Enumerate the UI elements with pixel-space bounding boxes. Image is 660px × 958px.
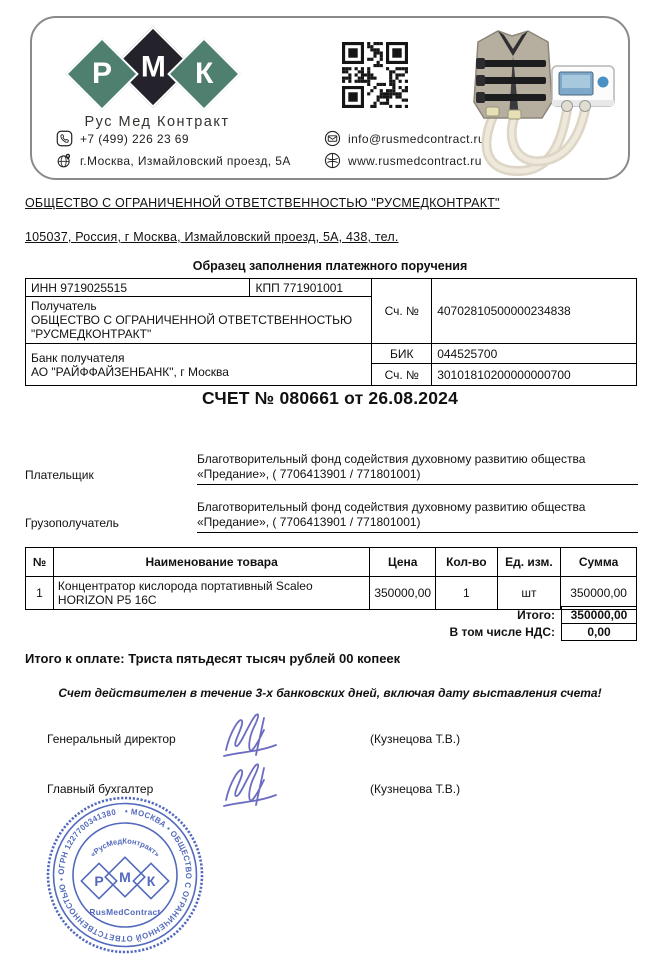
bank-details-table: ИНН 9719025515 КПП 771901001 Сч. № 40702… xyxy=(25,278,637,386)
items-table: № Наименование товара Цена Кол-во Ед. из… xyxy=(25,547,637,610)
recipient-cell: Получатель ОБЩЕСТВО С ОГРАНИЧЕННОЙ ОТВЕТ… xyxy=(26,297,372,344)
consignee-label: Грузополучатель xyxy=(25,516,197,533)
logo-letter: К xyxy=(195,59,213,89)
kpp-cell: КПП 771901001 xyxy=(250,279,372,297)
logo-subtitle: Рус Мед Контракт xyxy=(62,114,252,130)
letterhead-card: М Р К Рус Мед Контракт +7 (499) 226 23 6… xyxy=(30,16,630,180)
table-row: ИНН 9719025515 КПП 771901001 Сч. № 40702… xyxy=(26,279,637,297)
stamp-inner-top-text: «РусМедКонтракт» xyxy=(88,836,161,858)
item-name: Концентратор кислорода портативный Scale… xyxy=(53,577,369,610)
bank-cell: Банк получателя АО "РАЙФФАЙЗЕНБАНК", г М… xyxy=(26,344,372,386)
director-name: (Кузнецова Т.В.) xyxy=(370,732,460,746)
payer-label: Плательщик xyxy=(25,468,197,485)
rmk-logo: М Р К xyxy=(74,30,234,110)
col-header-sum: Сумма xyxy=(561,548,637,577)
oxygen-vest-device-image xyxy=(436,22,622,178)
invoice-title: СЧЕТ № 080661 от 26.08.2024 xyxy=(0,388,660,409)
stamp-letter: Р xyxy=(94,873,103,889)
items-header-row: № Наименование товара Цена Кол-во Ед. из… xyxy=(26,548,637,577)
invoice-document: М Р К Рус Мед Контракт +7 (499) 226 23 6… xyxy=(0,0,660,958)
bank-label: Банк получателя xyxy=(31,351,366,365)
bik-value-cell: 044525700 xyxy=(432,344,637,364)
stamp-image: • МОСКВА • ОБЩЕСТВО С ОГРАНИЧЕННОЙ ОТВЕТ… xyxy=(44,794,206,956)
item-price: 350000,00 xyxy=(370,577,436,610)
vat-value: 0,00 xyxy=(561,623,637,641)
col-header-unit: Ед. изм. xyxy=(497,548,561,577)
account-number-cell: 40702810500000234838 xyxy=(432,279,637,344)
col-header-price: Цена xyxy=(370,548,436,577)
table-row: Банк получателя АО "РАЙФФАЙЗЕНБАНК", г М… xyxy=(26,344,637,364)
svg-text:«РусМедКонтракт»: «РусМедКонтракт» xyxy=(88,836,161,858)
item-qty: 1 xyxy=(436,577,498,610)
bik-label-cell: БИК xyxy=(372,344,432,364)
item-unit: шт xyxy=(497,577,561,610)
corr-value-cell: 30101810200000000700 xyxy=(432,364,637,386)
address-text: г.Москва, Измайловский проезд, 5А xyxy=(80,154,291,168)
total-row: Итого: 350000,00 xyxy=(517,606,637,624)
vat-row: В том числе НДС: 0,00 xyxy=(450,623,637,641)
location-icon xyxy=(56,152,73,169)
payer-value: Благотворительный фонд содействия духовн… xyxy=(197,452,638,485)
company-address: 105037, Россия, г Москва, Измайловский п… xyxy=(25,230,399,244)
recipient-name: ОБЩЕСТВО С ОГРАНИЧЕННОЙ ОТВЕТСТВЕННОСТЬЮ… xyxy=(31,313,366,341)
total-value: 350000,00 xyxy=(561,606,637,624)
globe-icon xyxy=(324,152,341,169)
phone-icon xyxy=(56,130,73,147)
recipient-label: Получатель xyxy=(31,299,366,313)
col-header-qty: Кол-во xyxy=(436,548,498,577)
company-name: ОБЩЕСТВО С ОГРАНИЧЕННОЙ ОТВЕТСТВЕННОСТЬЮ… xyxy=(25,196,500,210)
stamp-inner-bottom-text: RusMedContract xyxy=(89,907,160,917)
item-sum: 350000,00 xyxy=(561,577,637,610)
email-icon xyxy=(324,130,341,147)
stamp-letter: К xyxy=(147,873,156,889)
logo-diamond-k: К xyxy=(167,37,241,111)
vat-label: В том числе НДС: xyxy=(450,623,561,641)
item-row: 1 Концентратор кислорода портативный Sca… xyxy=(26,577,637,610)
stamp-letter: М xyxy=(119,869,131,885)
bank-name: АО "РАЙФФАЙЗЕНБАНК", г Москва xyxy=(31,365,366,379)
logo-diamond-r: Р xyxy=(65,37,139,111)
consignee-value: Благотворительный фонд содействия духовн… xyxy=(197,500,638,533)
director-signature-row: Генеральный директор (Кузнецова Т.В.) xyxy=(47,732,613,746)
company-stamp: • МОСКВА • ОБЩЕСТВО С ОГРАНИЧЕННОЙ ОТВЕТ… xyxy=(44,794,206,956)
accountant-name: (Кузнецова Т.В.) xyxy=(370,782,460,796)
phone-number: +7 (499) 226 23 69 xyxy=(80,132,189,146)
account-label-cell: Сч. № xyxy=(372,279,432,344)
consignee-block: Грузополучатель Благотворительный фонд с… xyxy=(25,500,638,533)
corr-label-cell: Сч. № xyxy=(372,364,432,386)
amount-in-words: Итого к оплате: Триста пятьдесят тысяч р… xyxy=(25,651,400,666)
phone-row: +7 (499) 226 23 69 xyxy=(56,130,189,147)
logo-letter: Р xyxy=(92,59,112,89)
logo-letter: М xyxy=(141,52,166,82)
address-row: г.Москва, Измайловский проезд, 5А xyxy=(56,152,291,169)
payment-sample-title: Образец заполнения платежного поручения xyxy=(0,259,660,273)
validity-note: Счет действителен в течение 3-х банковск… xyxy=(0,686,660,700)
inn-cell: ИНН 9719025515 xyxy=(26,279,250,297)
item-num: 1 xyxy=(26,577,54,610)
col-header-num: № xyxy=(26,548,54,577)
qr-code xyxy=(342,42,408,108)
payer-block: Плательщик Благотворительный фонд содейс… xyxy=(25,452,638,485)
accountant-signature-icon xyxy=(218,758,290,818)
qr-code-image xyxy=(342,42,408,108)
director-label: Генеральный директор xyxy=(47,732,222,746)
col-header-name: Наименование товара xyxy=(53,548,369,577)
total-label: Итого: xyxy=(517,606,561,624)
product-photo xyxy=(436,22,622,178)
